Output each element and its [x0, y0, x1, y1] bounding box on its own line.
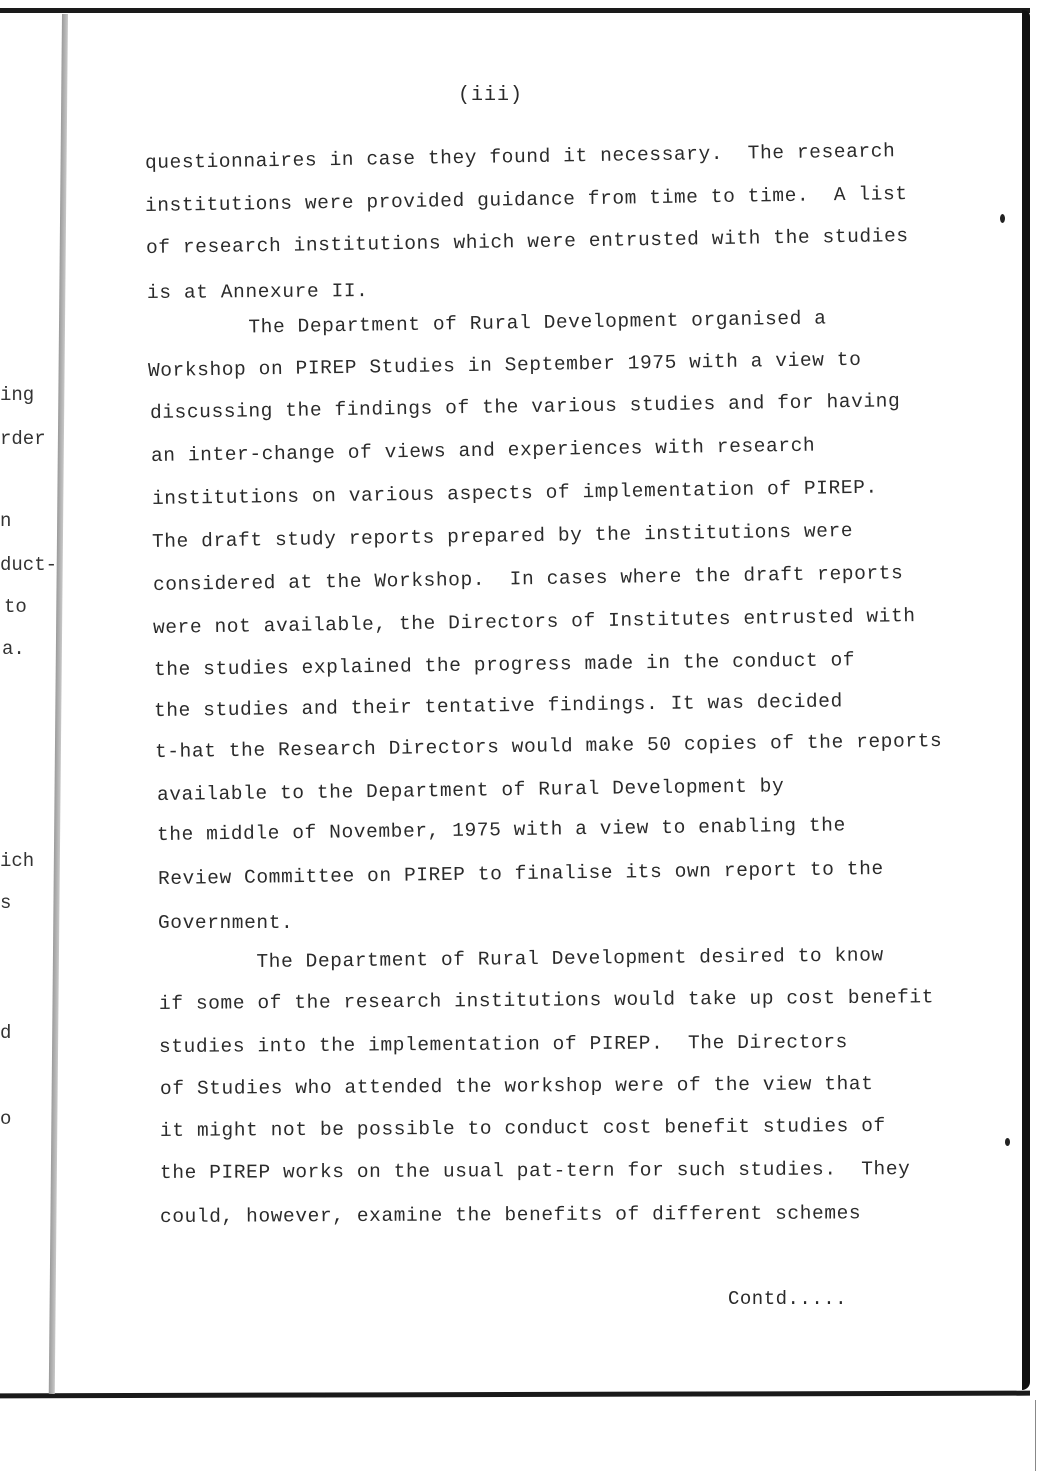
sliver-text: a.: [2, 638, 25, 660]
text-line: the middle of November, 1975 with a view…: [157, 814, 846, 846]
text-line: t-hat the Research Directors would make …: [155, 730, 943, 763]
sliver-text: ing: [0, 384, 34, 406]
punch-mark-icon: [1000, 214, 1005, 223]
text-line: The draft study reports prepared by the …: [152, 520, 853, 553]
text-line: Review Committee on PIREP to finalise it…: [158, 858, 884, 890]
page-number: (iii): [458, 84, 523, 107]
text-line: if some of the research institutions wou…: [159, 986, 934, 1015]
scan-border-line: [1035, 1400, 1036, 1471]
sliver-text: rder: [0, 428, 46, 450]
text-line: were not available, the Directors of Ins…: [153, 605, 916, 639]
text-line: The Department of Rural Development orga…: [150, 307, 827, 340]
text-line: institutions on various aspects of imple…: [152, 477, 878, 510]
page-top-edge: [0, 8, 1030, 13]
punch-mark-icon: [1005, 1138, 1010, 1146]
text-line: of research institutions which were entr…: [146, 225, 909, 259]
text-line: the studies explained the progress made …: [154, 649, 855, 681]
text-line: questionnaires in case they found it nec…: [145, 140, 896, 174]
text-line: could, however, examine the benefits of …: [160, 1202, 861, 1228]
text-line: it might not be possible to conduct cost…: [160, 1115, 886, 1142]
text-line: an inter-change of views and experiences…: [151, 435, 816, 467]
text-line: the PIREP works on the usual pat-tern fo…: [160, 1158, 911, 1184]
text-line: available to the Department of Rural Dev…: [157, 775, 785, 806]
sliver-text: d: [0, 1022, 11, 1044]
text-line: studies into the implementation of PIREP…: [159, 1031, 848, 1058]
text-line: discussing the findings of the various s…: [150, 390, 901, 424]
sliver-text: s: [0, 892, 11, 914]
continuation-marker: Contd.....: [728, 1288, 847, 1310]
text-line: institutions were provided guidance from…: [145, 183, 908, 217]
sliver-text: duct-: [0, 554, 57, 576]
sliver-text: o: [0, 1108, 11, 1130]
text-line: of Studies who attended the workshop wer…: [160, 1073, 874, 1100]
text-line: The Department of Rural Development desi…: [158, 944, 884, 974]
page-bottom-edge: [0, 1391, 1030, 1399]
text-line: considered at the Workshop. In cases whe…: [153, 562, 904, 596]
text-line: Government.: [158, 912, 293, 934]
sliver-text: to: [4, 596, 27, 618]
page-right-edge: [1022, 10, 1030, 1390]
binding-fold-line: [49, 14, 68, 1394]
text-line: Workshop on PIREP Studies in September 1…: [148, 349, 862, 382]
sliver-text: n: [0, 510, 11, 532]
sliver-text: ich: [0, 850, 34, 872]
text-line: is at Annexure II.: [147, 280, 369, 304]
text-line: the studies and their tentative findings…: [154, 690, 843, 722]
